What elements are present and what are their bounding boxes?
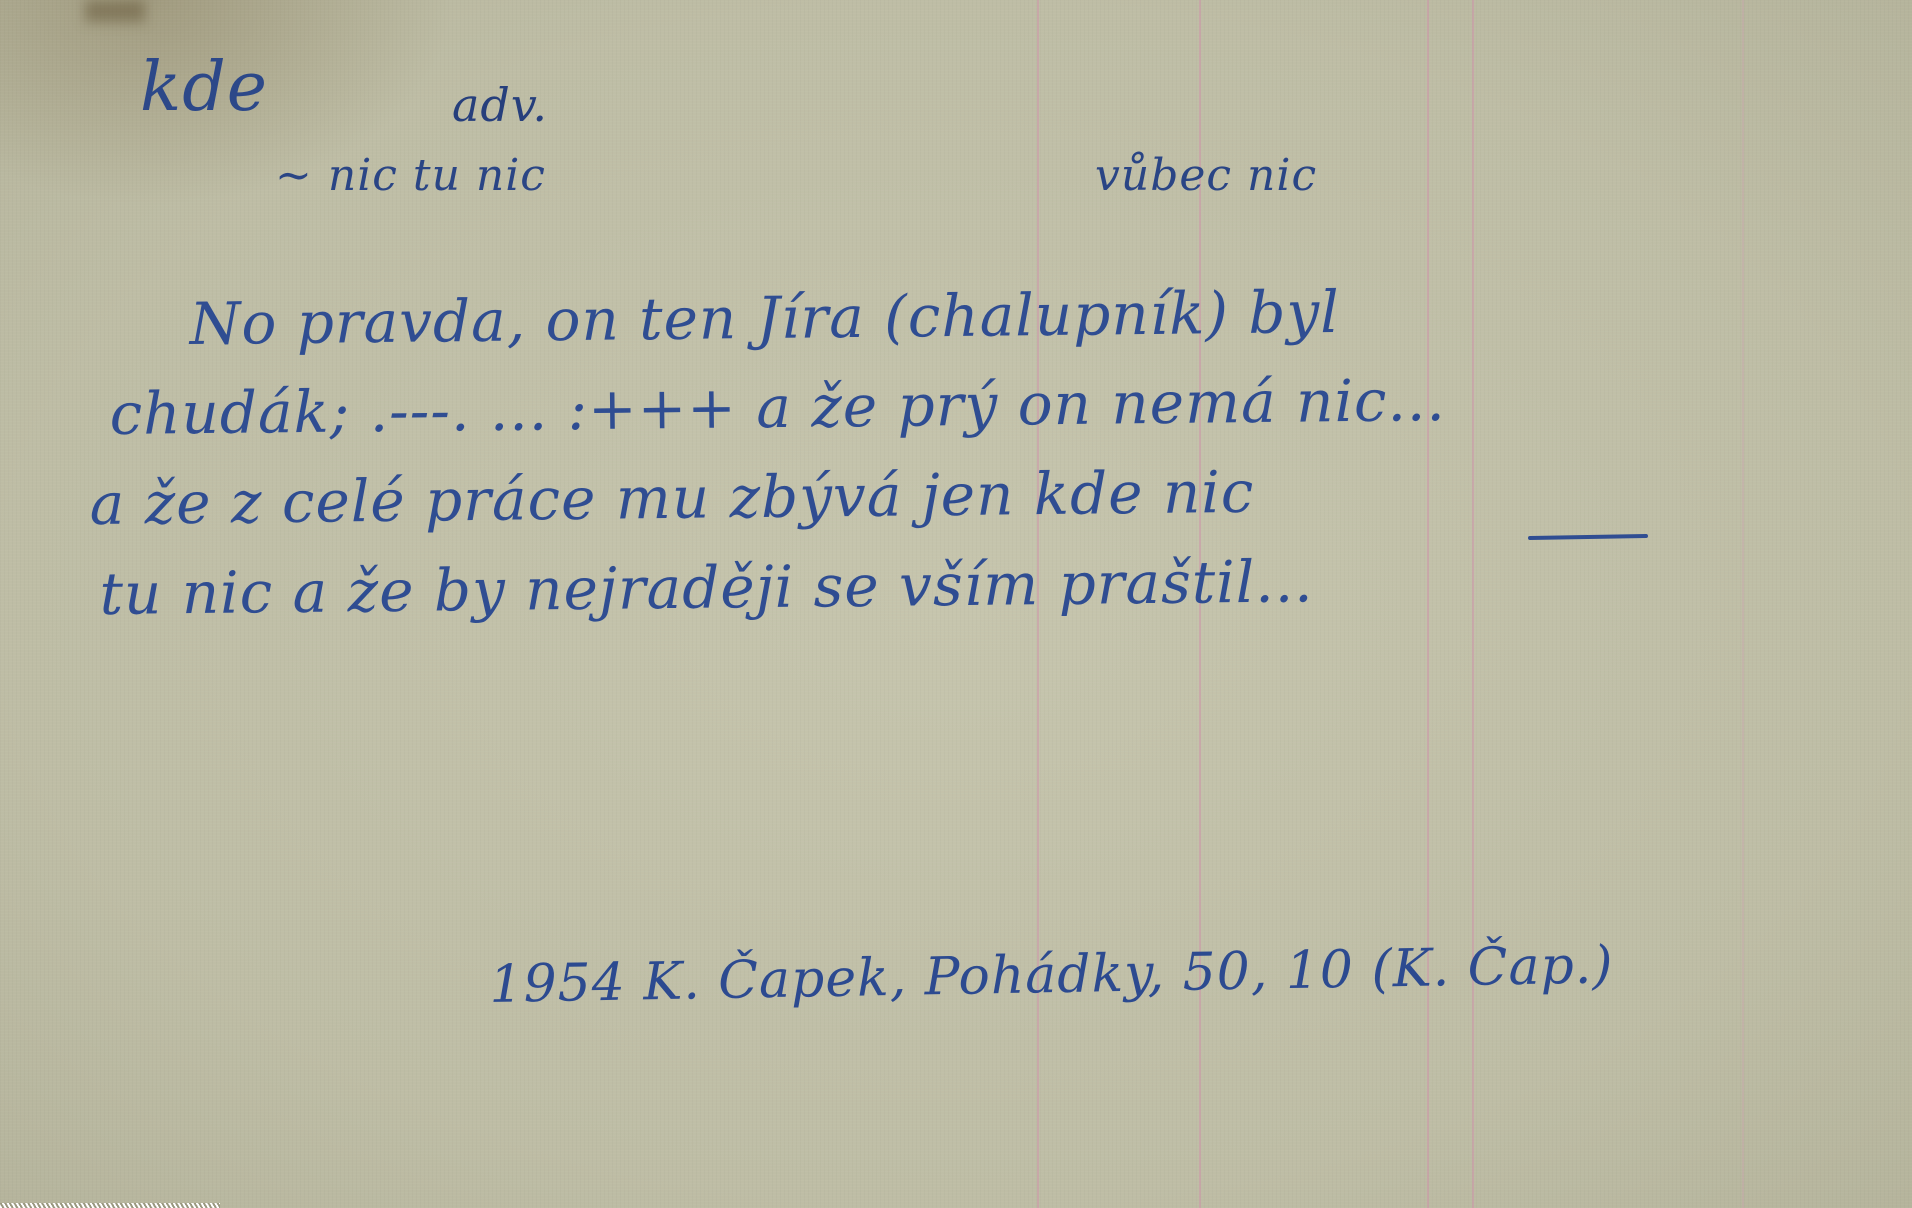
- headword: kde: [140, 48, 268, 127]
- ruled-margin-line: [1427, 0, 1429, 1208]
- scan-edge: [0, 1203, 220, 1208]
- idiom-phrase: ~ nic tu nic: [275, 150, 546, 201]
- ruled-margin-line: [1472, 0, 1474, 1208]
- quotation-line: chudák; .---. ... :+++ a že prý on nemá …: [109, 366, 1446, 448]
- dictionary-slip: kde adv. ~ nic tu nic vůbec nic No pravd…: [0, 0, 1912, 1208]
- paper-stain: [85, 0, 145, 22]
- quotation-line: a že z celé práce mu zbývá jen kde nic: [89, 458, 1254, 538]
- ruled-margin-line: [1742, 0, 1744, 1208]
- part-of-speech: adv.: [452, 78, 548, 132]
- headword-underline: [1528, 534, 1648, 540]
- source-citation: 1954 K. Čapek, Pohádky, 50, 10 (K. Čap.): [489, 935, 1614, 1015]
- quotation-line: tu nic a že by nejraději se vším praštil…: [99, 547, 1314, 628]
- idiom-gloss: vůbec nic: [1095, 150, 1317, 201]
- quotation-line: No pravda, on ten Jíra (chalupník) byl: [189, 278, 1340, 358]
